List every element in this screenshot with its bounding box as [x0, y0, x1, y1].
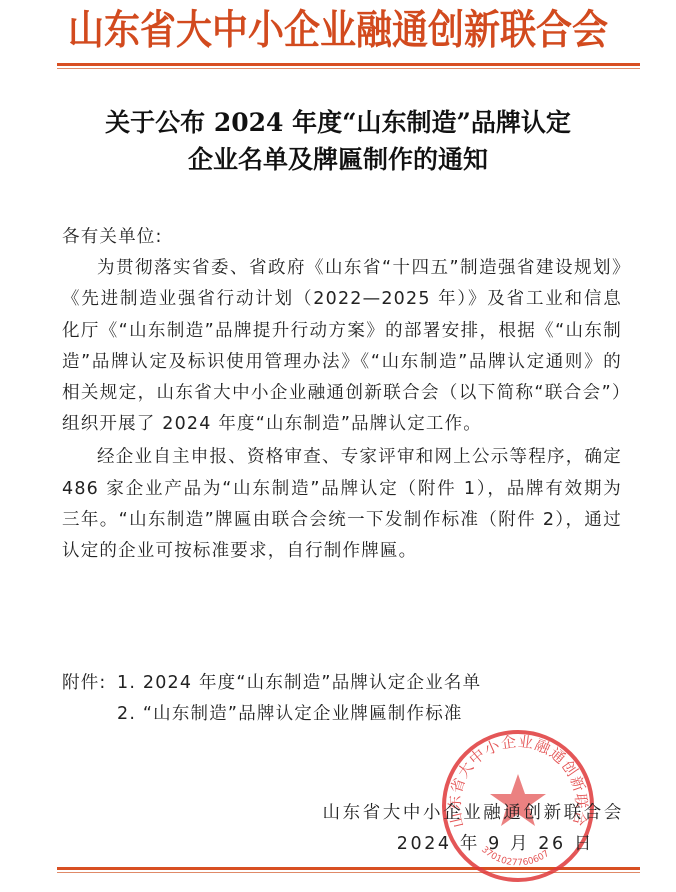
attachments: 附件: 1. 2024 年度“山东制造”品牌认定企业名单 2. “山东制造”品牌… [62, 668, 622, 730]
document-body: 各有关单位: 为贯彻落实省委、省政府《山东省“十四五”制造强省建设规划》《先进制… [62, 222, 622, 567]
document-title-line2: 企业名单及牌匾制作的通知 [0, 142, 676, 178]
letterhead-organization: 山东省大中小企业融通创新联合会 [0, 5, 676, 54]
paragraph-1: 为贯彻落实省委、省政府《山东省“十四五”制造强省建设规划》《先进制造业强省行动计… [62, 253, 622, 440]
salutation: 各有关单位: [62, 222, 622, 253]
letterhead-rule [57, 63, 640, 66]
signature-date: 2024 年 9 月 26 日 [397, 829, 594, 859]
document-title-line1: 关于公布 2024 年度“山东制造”品牌认定 [0, 105, 676, 141]
signature-organization: 山东省大中小企业融通创新联合会 [323, 798, 625, 828]
letterhead-rule-thin [57, 68, 640, 69]
attachment-item-1: 1. 2024 年度“山东制造”品牌认定企业名单 [117, 668, 481, 699]
attachments-label: 附件: [62, 668, 117, 699]
paragraph-2: 经企业自主申报、资格审查、专家评审和网上公示等程序，确定 486 家企业产品为“… [62, 442, 622, 567]
